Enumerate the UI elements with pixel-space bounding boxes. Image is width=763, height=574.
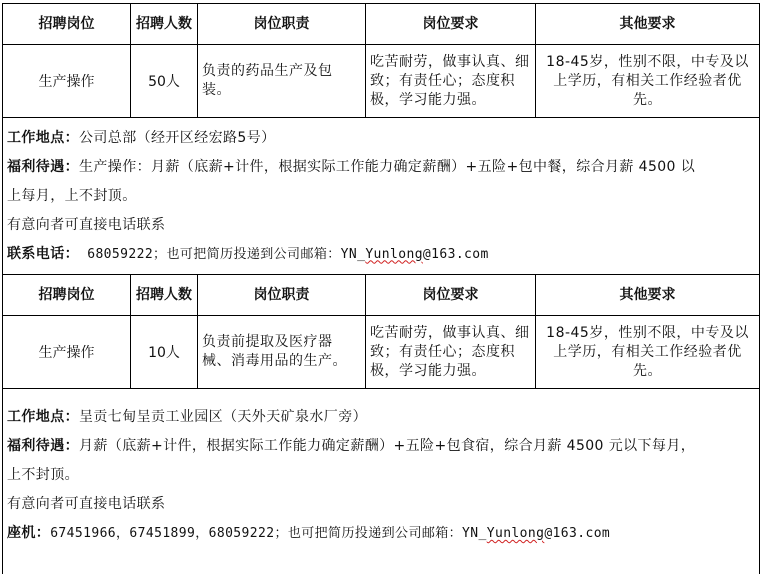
recruitment-table: 招聘岗位 招聘人数 岗位职责 岗位要求 其他要求 生产操作 50人 负责的药品生…: [2, 3, 760, 574]
job-count: 10人: [131, 316, 198, 389]
job-count: 50人: [131, 45, 198, 118]
job-other: 18-45岁，性别不限，中专及以上学历，有相关工作经验者优先。: [536, 45, 760, 118]
benefits-value: 月薪（底薪+计件，根据实际工作能力确定薪酬）+五险+包食宿，综合月薪 4500 …: [79, 438, 695, 454]
header-count: 招聘人数: [131, 275, 198, 316]
header-position: 招聘岗位: [3, 4, 131, 45]
email-name-spellcheck: Yunlong: [487, 526, 545, 541]
table-row: 生产操作 10人 负责前提取及医疗器械、消毒用品的生产。 吃苦耐劳，做事认真、细…: [3, 316, 760, 389]
job-info-row: 工作地点：公司总部（经开区经宏路5号） 福利待遇：生产操作：月薪（底薪+计件，根…: [3, 118, 760, 275]
email-name-spellcheck: Yunlong: [365, 247, 423, 262]
contact-note: 有意向者可直接电话联系: [7, 211, 755, 240]
header-position: 招聘岗位: [3, 275, 131, 316]
benefits-label: 福利待遇：: [7, 159, 79, 175]
header-count: 招聘人数: [131, 4, 198, 45]
benefits-value: 生产操作：月薪（底薪+计件，根据实际工作能力确定薪酬）+五险+包中餐，综合月薪 …: [79, 159, 695, 175]
header-other: 其他要求: [536, 4, 760, 45]
table-header-row: 招聘岗位 招聘人数 岗位职责 岗位要求 其他要求: [3, 275, 760, 316]
header-requirements: 岗位要求: [366, 4, 536, 45]
phone-line: 联系电话： 68059222；也可把简历投递到公司邮箱：YN_Yunlong@1…: [7, 240, 755, 269]
email-address[interactable]: YN_Yunlong@163.com: [341, 247, 489, 262]
job-position: 生产操作: [3, 316, 131, 389]
table-header-row: 招聘岗位 招聘人数 岗位职责 岗位要求 其他要求: [3, 4, 760, 45]
job-info-row: 工作地点：呈贡七甸呈贡工业园区（天外天矿泉水厂旁） 福利待遇：月薪（底薪+计件，…: [3, 389, 760, 574]
benefits-line: 福利待遇：生产操作：月薪（底薪+计件，根据实际工作能力确定薪酬）+五险+包中餐，…: [7, 153, 755, 182]
location-line: 工作地点：呈贡七甸呈贡工业园区（天外天矿泉水厂旁）: [7, 403, 755, 432]
table-row: 生产操作 50人 负责的药品生产及包装。 吃苦耐劳，做事认真、细致；有责任心；态…: [3, 45, 760, 118]
job-requirements: 吃苦耐劳，做事认真、细致；有责任心；态度积极，学习能力强。: [366, 316, 536, 389]
header-requirements: 岗位要求: [366, 275, 536, 316]
header-duties: 岗位职责: [198, 4, 366, 45]
email-prefix: YN_: [462, 526, 487, 541]
phone-label: 联系电话：: [7, 246, 79, 262]
job-other: 18-45岁，性别不限，中专及以上学历，有相关工作经验者优先。: [536, 316, 760, 389]
phone-line: 座机：67451966，67451899，68059222；也可把简历投递到公司…: [7, 519, 755, 548]
location-value: 公司总部（经开区经宏路5号）: [79, 130, 276, 146]
email-address[interactable]: YN_Yunlong@163.com: [462, 526, 610, 541]
benefits-continuation: 上不封顶。: [7, 461, 755, 490]
email-domain: @163.com: [423, 247, 489, 262]
contact-note: 有意向者可直接电话联系: [7, 490, 755, 519]
benefits-continuation: 上每月，上不封顶。: [7, 182, 755, 211]
location-label: 工作地点：: [7, 130, 79, 146]
job-position: 生产操作: [3, 45, 131, 118]
email-prefix: YN_: [341, 247, 366, 262]
benefits-line: 福利待遇：月薪（底薪+计件，根据实际工作能力确定薪酬）+五险+包食宿，综合月薪 …: [7, 432, 755, 461]
phone-label: 座机：: [7, 525, 50, 541]
recruitment-document: 招聘岗位 招聘人数 岗位职责 岗位要求 其他要求 生产操作 50人 负责的药品生…: [2, 3, 759, 574]
job-requirements: 吃苦耐劳，做事认真、细致；有责任心；态度积极，学习能力强。: [366, 45, 536, 118]
header-other: 其他要求: [536, 275, 760, 316]
location-line: 工作地点：公司总部（经开区经宏路5号）: [7, 124, 755, 153]
job-duties: 负责的药品生产及包装。: [198, 45, 366, 118]
location-value: 呈贡七甸呈贡工业园区（天外天矿泉水厂旁）: [79, 409, 367, 425]
location-label: 工作地点：: [7, 409, 79, 425]
job-duties: 负责前提取及医疗器械、消毒用品的生产。: [198, 316, 366, 389]
header-duties: 岗位职责: [198, 275, 366, 316]
phone-value: 68059222；也可把简历投递到公司邮箱：: [79, 247, 341, 262]
phone-value: 67451966，67451899，68059222；也可把简历投递到公司邮箱：: [50, 526, 462, 541]
email-domain: @163.com: [544, 526, 610, 541]
benefits-label: 福利待遇：: [7, 438, 79, 454]
